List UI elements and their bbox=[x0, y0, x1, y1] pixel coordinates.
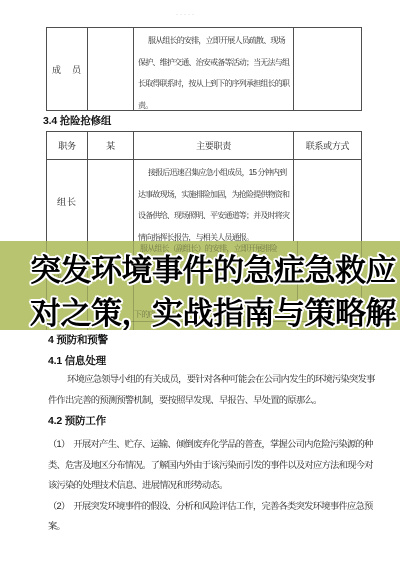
table-cell-name bbox=[88, 28, 134, 110]
duty-line: 责。 bbox=[138, 95, 290, 111]
table-cell-role: 组长 bbox=[47, 160, 88, 242]
item-line: 该污染的处理技术信息、进展情况和形势动态。 bbox=[48, 477, 228, 491]
item-line: 案。 bbox=[48, 518, 65, 532]
table-cell-contact bbox=[294, 160, 361, 242]
duty-line: 服从组长的安排，立即开展人员疏散、现场 bbox=[138, 30, 290, 52]
table-cell-role: 成 员 bbox=[47, 28, 88, 110]
duty-line: 保护、维护交通、治安戒备等活动；当无法与组 bbox=[138, 52, 290, 74]
overlay-title-line1: 突发环境事件的急症急救应 bbox=[30, 245, 396, 290]
paragraph-line: 件作出完善的预测预警机制，要按照早发现、早报告、早处置的原那么。 bbox=[48, 392, 322, 406]
duty-line: 长取得联系时，按从上到下的序列承担组长的职 bbox=[138, 73, 290, 95]
table-cell-name bbox=[88, 160, 134, 242]
item-line: 类、危害及地区分布情况。了解国内外由于该污染而引发的事件以及对应方法和现今对 bbox=[48, 457, 373, 471]
section-3-4-heading: 3.4 抢险抢修组 bbox=[43, 113, 111, 128]
duty-line: 达事故现场，实施排险加固，为抢险提供物资和 bbox=[138, 184, 290, 206]
table-cell-contact bbox=[294, 28, 361, 110]
table-header-name: 某 bbox=[88, 132, 134, 160]
paragraph-line: 环境应急领导小组的有关成员，要针对各种可能会在公司内发生的环境污染突发事 bbox=[67, 371, 375, 385]
duty-line: 设备供给、现场照明、平安通道等；并及时将灾 bbox=[138, 205, 290, 227]
members-table: 成 员 服从组长的安排，立即开展人员疏散、现场 保护、维护交通、治安戒备等活动；… bbox=[46, 27, 362, 111]
item-line: （2） 开展突发环境事件的假设、分析和风险评估工作，完善各类突发环境事件应急预 bbox=[48, 498, 373, 512]
table-cell-duties: 接报后迅速召集应急小组成员，15 分钟内到 达事故现场，实施排险加固，为抢险提供… bbox=[134, 160, 294, 242]
page-top-marks: ····· bbox=[176, 12, 196, 18]
title-overlay-banner: 服从组长（副组长）的安排，立即开展排险 成 员 下的序列承担组长的职责。 WWW… bbox=[0, 241, 400, 330]
table-header-duty: 主要职责 bbox=[134, 132, 294, 160]
duty-line: 情向指挥长报告，与相关人员通报。 bbox=[138, 227, 290, 243]
document-page: ····· 成 员 服从组长的安排，立即开展人员疏散、现场 保护、维护交通、治安… bbox=[0, 0, 400, 566]
table-cell-duties: 服从组长的安排，立即开展人员疏散、现场 保护、维护交通、治安戒备等活动；当无法与… bbox=[134, 28, 294, 110]
table-header-contact: 联系或方式 bbox=[294, 132, 361, 160]
item-line: （1） 开展对产生、贮存、运输、倾倒废弃化学品的普查，掌握公司内危险污染源的种 bbox=[48, 436, 373, 450]
section-4-heading: 4 预防和预警 bbox=[48, 332, 108, 347]
section-4-2-heading: 4.2 预防工作 bbox=[48, 413, 106, 428]
duty-line: 接报后迅速召集应急小组成员，15 分钟内到 bbox=[138, 162, 290, 184]
section-4-1-heading: 4.1 信息处理 bbox=[48, 353, 106, 368]
rescue-team-table: 职务 某 主要职责 联系或方式 组长 接报后迅速召集应急小组成员，15 分钟内到… bbox=[46, 131, 362, 241]
table-header-role: 职务 bbox=[47, 132, 88, 160]
overlay-title-line2: 对之策，实战指南与策略解 bbox=[30, 288, 396, 330]
